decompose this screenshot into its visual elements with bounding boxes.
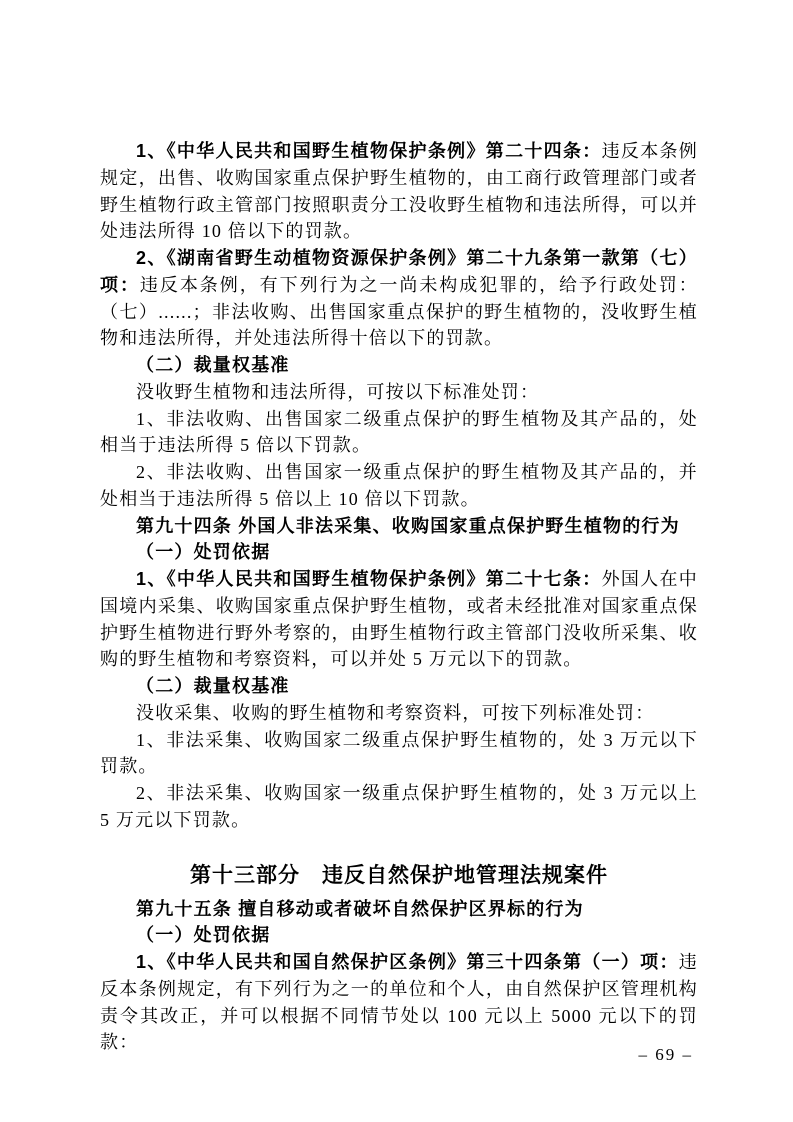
text-segment: （二）裁量权基准 xyxy=(136,676,290,696)
text-segment: （二）裁量权基准 xyxy=(136,355,290,375)
paragraph-standard-intro-2: 没收采集、收购的野生植物和考察资料，可按下列标准处罚： xyxy=(100,700,698,727)
paragraph-statute-4: 1、《中华人民共和国自然保护区条例》第三十四条第（一）项：违反本条例规定，有下列… xyxy=(100,949,698,1056)
paragraph-statute-3: 1、《中华人民共和国野生植物保护条例》第二十七条：外国人在中国境内采集、收购国家… xyxy=(100,566,698,673)
subsection-heading-basis-1: （一）处罚依据 xyxy=(100,539,698,566)
text-segment: 第九十四条 外国人非法采集、收购国家重点保护野生植物的行为 xyxy=(136,516,680,536)
text-segment: 违反本条例，有下列行为之一尚未构成犯罪的，给予行政处罚：（七）......；非法… xyxy=(100,275,698,349)
clause-heading-article-94: 第九十四条 外国人非法采集、收购国家重点保护野生植物的行为 xyxy=(100,513,698,540)
text-segment: 1、《中华人民共和国自然保护区条例》第三十四条第（一）项： xyxy=(136,952,679,972)
section-title-part-13: 第十三部分 违反自然保护地管理法规案件 xyxy=(100,860,698,891)
document-page: 1、《中华人民共和国野生植物保护条例》第二十四条：违反本条例规定，出售、收购国家… xyxy=(0,0,793,1122)
text-segment: 1、非法收购、出售国家二级重点保护的野生植物及其产品的，处相当于违法所得 5 倍… xyxy=(100,409,698,456)
text-segment: 2、非法采集、收购国家一级重点保护野生植物的，处 3 万元以上 5 万元以下罚款… xyxy=(100,783,698,830)
document-body: 1、《中华人民共和国野生植物保护条例》第二十四条：违反本条例规定，出售、收购国家… xyxy=(100,138,698,1056)
text-segment: 1、非法采集、收购国家二级重点保护野生植物的，处 3 万元以下罚款。 xyxy=(100,730,698,777)
text-segment: 1、《中华人民共和国野生植物保护条例》第二十四条： xyxy=(136,141,602,161)
subsection-heading-discretion-2: （二）裁量权基准 xyxy=(100,673,698,700)
text-segment: （一）处罚依据 xyxy=(136,542,270,562)
text-segment: 没收野生植物和违法所得，可按以下标准处罚： xyxy=(136,382,539,402)
text-segment: 1、《中华人民共和国野生植物保护条例》第二十七条： xyxy=(136,569,602,589)
paragraph-statute-1: 1、《中华人民共和国野生植物保护条例》第二十四条：违反本条例规定，出售、收购国家… xyxy=(100,138,698,245)
paragraph-standard-item-3: 1、非法采集、收购国家二级重点保护野生植物的，处 3 万元以下罚款。 xyxy=(100,727,698,781)
paragraph-standard-intro-1: 没收野生植物和违法所得，可按以下标准处罚： xyxy=(100,379,698,406)
paragraph-standard-item-1: 1、非法收购、出售国家二级重点保护的野生植物及其产品的，处相当于违法所得 5 倍… xyxy=(100,406,698,460)
text-segment: 2、非法收购、出售国家一级重点保护的野生植物及其产品的，并处相当于违法所得 5 … xyxy=(100,462,698,509)
text-segment: 第九十五条 擅自移动或者破坏自然保护区界标的行为 xyxy=(136,899,584,919)
text-segment: 没收采集、收购的野生植物和考察资料，可按下列标准处罚： xyxy=(136,703,654,723)
text-segment: （一）处罚依据 xyxy=(136,925,270,945)
clause-heading-article-95: 第九十五条 擅自移动或者破坏自然保护区界标的行为 xyxy=(100,896,698,923)
subsection-heading-basis-2: （一）处罚依据 xyxy=(100,922,698,949)
paragraph-statute-2: 2、《湖南省野生动植物资源保护条例》第二十九条第一款第（七）项：违反本条例，有下… xyxy=(100,245,698,352)
paragraph-standard-item-4: 2、非法采集、收购国家一级重点保护野生植物的，处 3 万元以上 5 万元以下罚款… xyxy=(100,780,698,834)
text-segment: 第十三部分 违反自然保护地管理法规案件 xyxy=(190,864,608,887)
paragraph-standard-item-2: 2、非法收购、出售国家一级重点保护的野生植物及其产品的，并处相当于违法所得 5 … xyxy=(100,459,698,513)
subsection-heading-discretion-1: （二）裁量权基准 xyxy=(100,352,698,379)
page-number: – 69 – xyxy=(639,1045,694,1065)
